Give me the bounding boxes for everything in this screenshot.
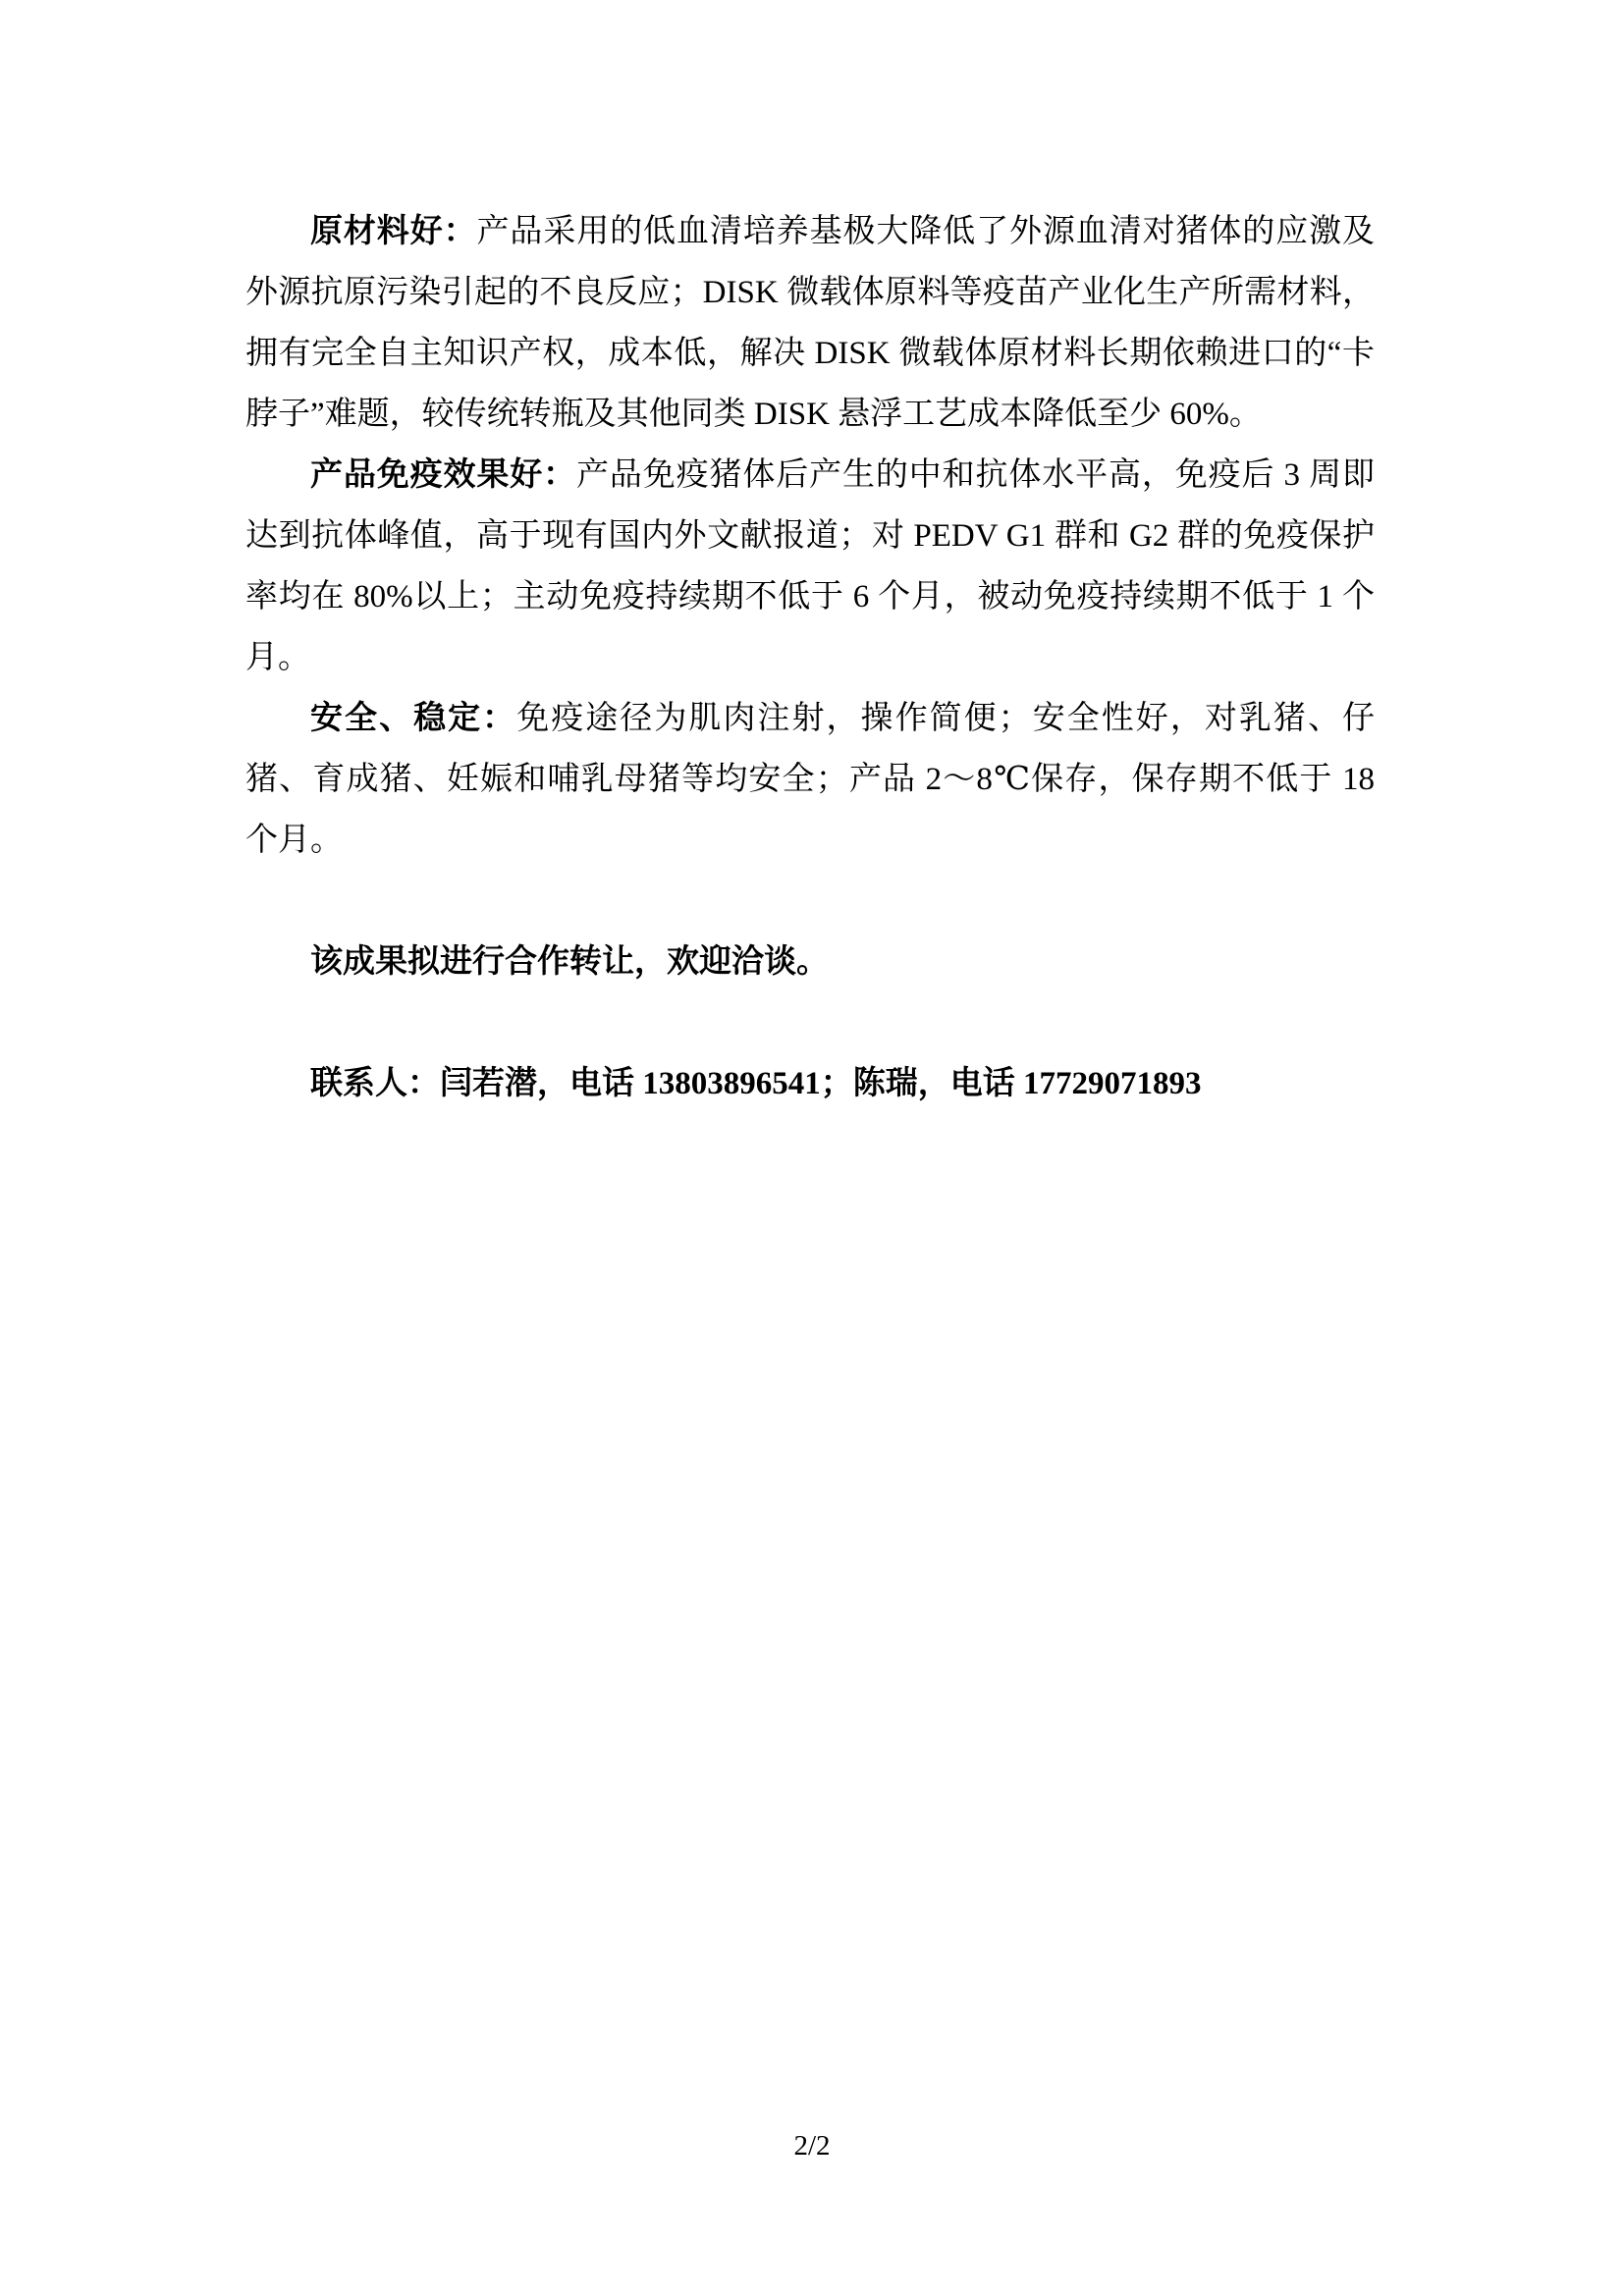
paragraph-immune-effect-lead: 产品免疫效果好： bbox=[310, 457, 576, 493]
page-number: 2/2 bbox=[0, 2126, 1624, 2165]
transfer-note: 该成果拟进行合作转让，欢迎洽谈。 bbox=[245, 932, 1375, 992]
contact-line: 联系人：闫若潜，电话 13803896541；陈瑞，电话 17729071893 bbox=[245, 1053, 1375, 1114]
document-page: 原材料好：产品采用的低血清培养基极大降低了外源血清对猪体的应激及外源抗原污染引起… bbox=[0, 0, 1624, 2296]
paragraph-safety-stability: 安全、稳定：免疫途径为肌肉注射，操作简便；安全性好，对乳猪、仔猪、育成猪、妊娠和… bbox=[245, 688, 1375, 871]
paragraph-raw-materials-lead: 原材料好： bbox=[310, 214, 477, 249]
paragraph-raw-materials: 原材料好：产品采用的低血清培养基极大降低了外源血清对猪体的应激及外源抗原污染引起… bbox=[245, 201, 1375, 445]
paragraph-safety-stability-lead: 安全、稳定： bbox=[310, 701, 516, 736]
document-body: 原材料好：产品采用的低血清培养基极大降低了外源血清对猪体的应激及外源抗原污染引起… bbox=[245, 201, 1375, 1114]
paragraph-immune-effect: 产品免疫效果好：产品免疫猪体后产生的中和抗体水平高，免疫后 3 周即达到抗体峰值… bbox=[245, 445, 1375, 688]
